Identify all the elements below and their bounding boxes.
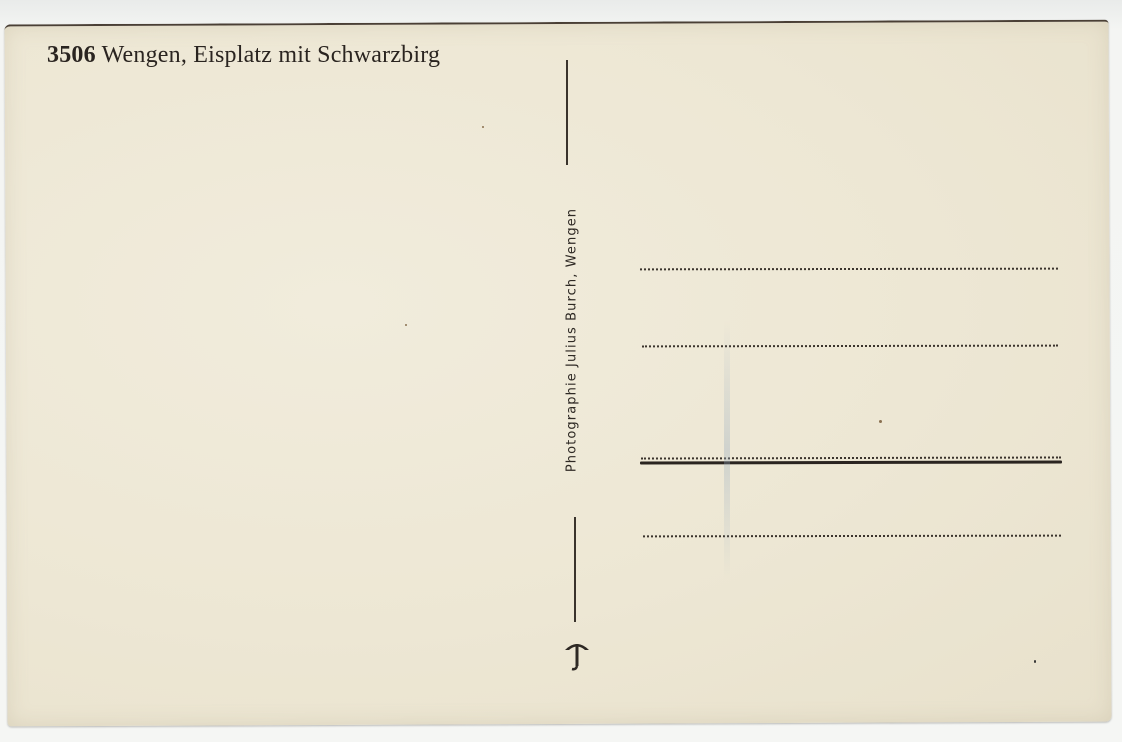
center-divider-bottom (574, 517, 576, 622)
caption-number: 3506 (47, 42, 96, 68)
paper-speck (482, 126, 484, 128)
anchor-icon (563, 636, 591, 672)
paper-speck (879, 420, 882, 423)
postcard-caption: 3506 Wengen, Eisplatz mit Schwarzbirg (47, 42, 440, 69)
paper-speck (405, 324, 407, 326)
photographer-credit: Photographie Julius Burch, Wengen (565, 208, 580, 472)
center-divider-top (566, 60, 568, 165)
paper-speck (1034, 660, 1036, 663)
postcard-back (4, 20, 1111, 727)
caption-text: Wengen, Eisplatz mit Schwarzbirg (102, 42, 441, 68)
ink-smudge (724, 320, 730, 580)
